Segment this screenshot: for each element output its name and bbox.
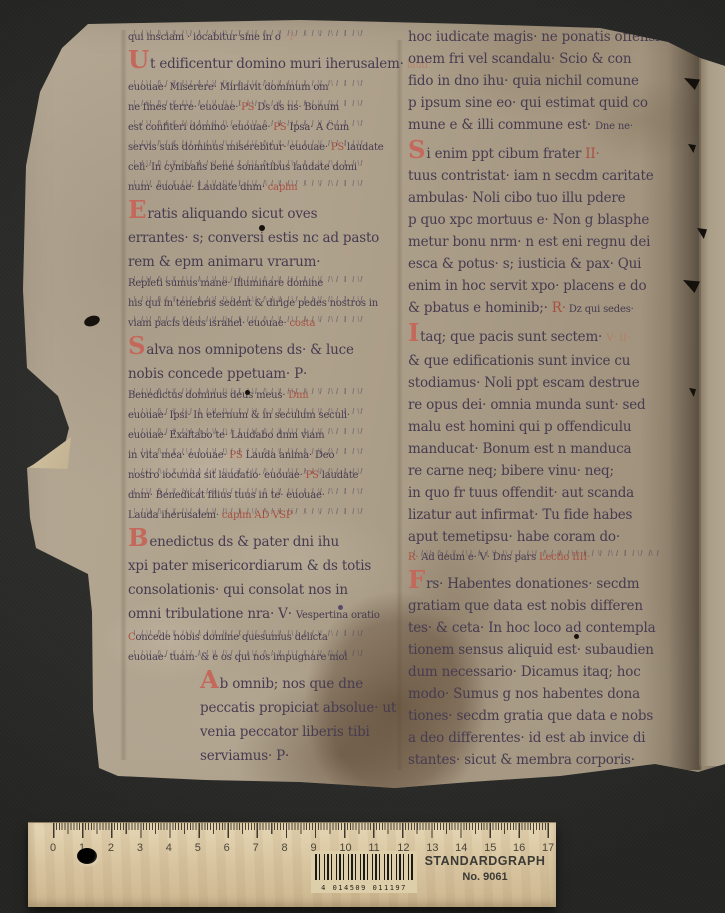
ink-text: euouae· tuam· & e os qui nos impugnare m… xyxy=(128,652,347,663)
left-text-column: qui insciam · iocabitur sine in o · l·Ut… xyxy=(128,28,400,768)
text-line: viam pacis deus israhel· euouae· costa xyxy=(128,314,400,334)
ruler-brand: STANDARDGRAPH xyxy=(420,854,550,868)
worm-hole xyxy=(76,683,83,690)
ink-text: rs· Habentes donationes· secdm xyxy=(426,576,639,592)
ruler-number: 4 xyxy=(166,842,172,854)
adjacent-page-edge xyxy=(699,56,725,766)
ink-text: stantes· sicut & membra corporis· xyxy=(408,752,635,768)
ink-text: servis suis dominus miserebitur· euouae· xyxy=(128,142,331,153)
ink-text: oncede nobis domine quesumus delicta xyxy=(135,632,327,643)
text-line: aput temetipsu· habe coram do· xyxy=(408,526,696,548)
text-line: gratiam que data est nobis differen xyxy=(408,595,696,617)
ink-text: Benedictus dominus deus meus· xyxy=(128,390,288,401)
ink-text: fido in dno ihu· quia nichil comune xyxy=(408,73,639,89)
rubric-text: PS xyxy=(229,450,242,461)
ruler-number: 7 xyxy=(253,842,259,854)
ink-text: venia peccator liberis tibi xyxy=(200,724,370,740)
ink-text: p quo xpc mortuus e· Non g blasphe xyxy=(408,212,649,228)
text-line: omni tribulatione nra· V· Vespertina ora… xyxy=(128,602,400,628)
text-line: Salva nos omnipotens ds· & luce xyxy=(128,334,400,362)
manuscript-page: qui insciam · iocabitur sine in o · l·Ut… xyxy=(0,0,725,913)
text-line: peccatis propiciat absolue· ut xyxy=(200,696,400,720)
ink-text: laudate xyxy=(344,142,383,153)
text-line: in vita mea· euouae· PS Lauda anima· Deo xyxy=(128,446,400,466)
ink-text: malu est homini qui p offendiculu xyxy=(408,419,631,435)
text-line: stantes· sicut & membra corporis· xyxy=(408,749,696,771)
rubric-initial: F xyxy=(408,565,425,594)
ink-text: rem & epm animaru vrarum· xyxy=(128,254,320,270)
ink-text: a deo differentes· id est ab invice di xyxy=(408,730,645,746)
rubric-initial: I xyxy=(408,318,419,347)
ruler-label: STANDARDGRAPH No. 9061 xyxy=(420,854,550,883)
ink-text: re carne neq; bibere vinu· neq; xyxy=(408,463,614,479)
ink-text: Ds ds ns· Bonum xyxy=(254,102,339,113)
ink-text: i enim ppt cibum frater xyxy=(426,146,585,162)
text-line: onem fri vel scandalu· Scio & con xyxy=(408,48,696,70)
rubric-text: Dmi xyxy=(288,390,308,401)
text-line: Ab omnib; nos que dne xyxy=(200,668,400,696)
text-line: R· Ad deum e· V· Dns pars Lectio IIII· xyxy=(408,548,696,568)
torn-edge-flap xyxy=(29,437,71,469)
rubric-initial: A xyxy=(200,665,219,694)
text-line: fido in dno ihu· quia nichil comune xyxy=(408,70,696,92)
text-line: servis suis dominus miserebitur· euouae·… xyxy=(128,138,400,158)
ruler-number: 17 xyxy=(542,842,554,854)
ink-text: tiones· secdm gratia que data e nobs xyxy=(408,708,653,724)
ruler-model: No. 9061 xyxy=(420,871,550,883)
text-line: venia peccator liberis tibi xyxy=(200,720,400,744)
ink-text: in quo fr tuus offendit· aut scanda xyxy=(408,485,634,501)
text-line: euouae· Miserere· Mirilavit dominum om xyxy=(128,78,400,98)
worm-hole xyxy=(574,634,579,639)
ink-text: xpi pater misericordiarum & ds totis xyxy=(128,558,371,574)
ink-text: Ipsa· A Cum xyxy=(286,122,349,133)
text-line: mune e & illi commune est· Dne ne· xyxy=(408,114,696,138)
ink-text: Dz qui sedes· xyxy=(566,304,634,315)
ink-text: num· euouae· Laudate dnm· xyxy=(128,182,268,193)
ink-text: serviamus· P· xyxy=(200,748,289,764)
ruler-number: 6 xyxy=(224,842,230,854)
ink-text: Repleti sumus mane· Illuminare domine xyxy=(128,278,323,289)
text-line: euouae· tuam· & e os qui nos impugnare m… xyxy=(128,648,400,668)
ruler-number: 14 xyxy=(455,842,467,854)
text-line: rem & epm animaru vrarum· xyxy=(128,250,400,274)
ruler-hole xyxy=(77,848,97,864)
ruler-scale xyxy=(53,823,549,840)
rubric-text: caplm AD VSP xyxy=(222,510,293,521)
ink-text: lizatur aut infirmat· Tu fide habes xyxy=(408,507,632,523)
ink-text: in vita mea· euouae· xyxy=(128,450,229,461)
ink-text: consolationis· qui consolat nos in xyxy=(128,582,348,598)
rubric-initial: U xyxy=(128,45,149,74)
ink-text: errantes· s; conversi estis nc ad pasto xyxy=(128,230,379,246)
text-line: tuus contristat· iam n secdm caritate xyxy=(408,165,696,187)
rubric-initial: B xyxy=(128,523,148,552)
ruler-number: 2 xyxy=(108,842,114,854)
text-line: celi· In cymbalis bene sonantibus laudat… xyxy=(128,158,400,178)
ink-text: omni tribulatione nra· V· xyxy=(128,606,296,622)
barcode: 4 014509 011197 xyxy=(311,851,417,893)
ink-text: ambulas· Noli cibo tuo illu pdere xyxy=(408,190,625,206)
ink-text: ne fines terre· euouae· xyxy=(128,102,241,113)
text-line: Si enim ppt cibum frater II· xyxy=(408,138,696,165)
rubric-initial: S xyxy=(128,331,145,360)
text-line: p quo xpc mortuus e· Non g blasphe xyxy=(408,209,696,231)
ink-text: Ad deum e· V· Dns pars xyxy=(418,552,539,563)
ink-text: tionem sensus aliquid est· subaudien xyxy=(408,642,654,658)
text-line: ambulas· Noli cibo tuo illu pdere xyxy=(408,187,696,209)
ink-text: alva nos omnipotens ds· & luce xyxy=(146,342,353,358)
worm-hole xyxy=(259,225,265,231)
ruler-number: 15 xyxy=(484,842,496,854)
ink-text: laudate xyxy=(319,470,358,481)
ink-text: nobis concede ppetuam· P· xyxy=(128,366,307,382)
ink-text: ratis aliquando sicut oves xyxy=(147,206,317,222)
ink-text: esca & potus· s; iusticia & pax· Qui xyxy=(408,256,641,272)
ruler-number: 5 xyxy=(195,842,201,854)
rubric-text: caplm xyxy=(268,182,298,193)
ruler-number: 8 xyxy=(282,842,288,854)
text-line: enim in hoc servit xpo· placens e do xyxy=(408,275,696,297)
text-line: consolationis· qui consolat nos in xyxy=(128,578,400,602)
text-line: & pbatus e hominib;· R· Dz qui sedes· xyxy=(408,297,696,321)
rubric-text: Lectio IIII· xyxy=(539,552,590,563)
text-line: serviamus· P· xyxy=(200,744,400,768)
rubric-text: PS xyxy=(273,122,286,133)
text-line: Benedictus ds & pater dni ihu xyxy=(128,526,400,554)
ink-text: nostro iocunda sit laudatio· euouae· xyxy=(128,470,306,481)
ink-text: b omnib; nos que dne xyxy=(220,676,363,692)
rubric-text: R· xyxy=(408,552,418,563)
ink-text: & pbatus e hominib;· xyxy=(408,300,552,316)
text-line: Benedictus dominus deus meus· Dmi xyxy=(128,386,400,406)
rubric-text: R· xyxy=(552,300,566,316)
text-line: his qui in tenebris sedent & dirige pede… xyxy=(128,294,400,314)
text-line: num· euouae· Laudate dnm· caplm xyxy=(128,178,400,198)
text-line: metur bonu nrm· n est eni regnu dei xyxy=(408,231,696,253)
text-line: manducat· Bonum est n manduca xyxy=(408,438,696,460)
ink-text: manducat· Bonum est n manduca xyxy=(408,441,631,457)
text-line: re opus dei· omnia munda sunt· sed xyxy=(408,394,696,416)
ink-text: gratiam que data est nobis differen xyxy=(408,598,643,614)
barcode-digits: 4 014509 011197 xyxy=(311,884,417,892)
ink-text: Dne ne· xyxy=(595,121,633,132)
ink-text: euouae· Exaltabo te· Laudabo dnm viam xyxy=(128,430,324,441)
ink-text: peccatis propiciat absolue· ut xyxy=(200,700,396,716)
ink-text: tes· & ceta· In hoc loco ad contempla xyxy=(408,620,655,636)
ink-text: qui insciam · iocabitur sine in o xyxy=(128,32,281,43)
text-line: & que edificationis sunt invice cu xyxy=(408,350,696,372)
ink-text: euouae· Ipsi· In eternum & in seculum se… xyxy=(128,410,350,421)
text-line: p ipsum sine eo· qui estimat quid co xyxy=(408,92,696,114)
text-line: re carne neq; bibere vinu· neq; xyxy=(408,460,696,482)
ruler: 01234567891011121314151617 4 014509 0111… xyxy=(28,822,556,907)
ink-text: Vespertina oratio xyxy=(296,610,380,621)
ruler-number: 16 xyxy=(513,842,525,854)
ink-text: est confiteri domino· euouae· xyxy=(128,122,273,133)
right-text-column: hoc iudicate magis· ne ponatis offension… xyxy=(408,26,696,771)
rubric-text: PS xyxy=(331,142,344,153)
ink-text: dum necessario· Dicamus itaq; hoc xyxy=(408,664,641,680)
ink-text: Lauda iherusalem· xyxy=(128,510,222,521)
ink-text: his qui in tenebris sedent & dirige pede… xyxy=(128,298,378,309)
rubric-text: V· II· xyxy=(606,333,629,344)
ink-text: Lauda anima· Deo xyxy=(243,450,335,461)
rubric-text: · l· xyxy=(281,32,296,43)
rubric-text: PS xyxy=(306,470,319,481)
ink-text: celi· In cymbalis bene sonantibus laudat… xyxy=(128,162,357,173)
text-line: stodiamus· Noli ppt escam destrue xyxy=(408,372,696,394)
text-line: euouae· Ipsi· In eternum & in seculum se… xyxy=(128,406,400,426)
barcode-bars xyxy=(315,854,413,880)
text-line: ne fines terre· euouae· PS Ds ds ns· Bon… xyxy=(128,98,400,118)
rubric-text: PS xyxy=(241,102,254,113)
ruler-number: 3 xyxy=(137,842,143,854)
text-line: Concede nobis domine quesumus delicta xyxy=(128,628,400,648)
ink-text: enim in hoc servit xpo· placens e do xyxy=(408,278,646,294)
text-line: Eratis aliquando sicut oves xyxy=(128,198,400,226)
text-line: a deo differentes· id est ab invice di xyxy=(408,727,696,749)
text-line: Frs· Habentes donationes· secdm xyxy=(408,568,696,595)
text-line: tes· & ceta· In hoc loco ad contempla xyxy=(408,617,696,639)
ink-text: re opus dei· omnia munda sunt· sed xyxy=(408,397,646,413)
ink-text: stodiamus· Noli ppt escam destrue xyxy=(408,375,640,391)
ruler-number: 0 xyxy=(50,842,56,854)
text-line: modo· Sumus g nos habentes dona xyxy=(408,683,696,705)
vertical-crease xyxy=(120,30,127,760)
worm-hole xyxy=(245,390,250,395)
ink-text: p ipsum sine eo· qui estimat quid co xyxy=(408,95,648,111)
ink-text: enedictus ds & pater dni ihu xyxy=(149,534,339,550)
ink-text: taq; que pacis sunt sectem· xyxy=(420,329,606,345)
ink-text: & que edificationis sunt invice cu xyxy=(408,353,630,369)
text-line: Repleti sumus mane· Illuminare domine xyxy=(128,274,400,294)
text-line: xpi pater misericordiarum & ds totis xyxy=(128,554,400,578)
text-line: qui insciam · iocabitur sine in o · l· xyxy=(128,28,400,48)
ink-text: modo· Sumus g nos habentes dona xyxy=(408,686,640,702)
ink-text: tuus contristat· iam n secdm caritate xyxy=(408,168,654,184)
rubric-initial: S xyxy=(408,135,425,164)
text-line: Ut edificentur domino muri iherusalem· l… xyxy=(128,48,400,78)
ink-text: euouae· Miserere· Mirilavit dominum om xyxy=(128,82,328,93)
text-line: euouae· Exaltabo te· Laudabo dnm viam xyxy=(128,426,400,446)
text-line: Lauda iherusalem· caplm AD VSP xyxy=(128,506,400,526)
ruler-number: 13 xyxy=(426,842,438,854)
text-line: in quo fr tuus offendit· aut scanda xyxy=(408,482,696,504)
ink-text: hoc iudicate magis· ne ponatis offensi xyxy=(408,29,659,45)
text-line: malu est homini qui p offendiculu xyxy=(408,416,696,438)
text-line: dum necessario· Dicamus itaq; hoc xyxy=(408,661,696,683)
ink-text: viam pacis deus israhel· euouae· xyxy=(128,318,289,329)
text-line: nobis concede ppetuam· P· xyxy=(128,362,400,386)
ink-text: t edificentur domino muri iherusalem· xyxy=(150,56,404,72)
ink-text: dnm· Benedicat filius tuus in te· euouae… xyxy=(128,490,325,501)
photograph-frame: qui insciam · iocabitur sine in o · l·Ut… xyxy=(0,0,725,913)
text-line: esca & potus· s; iusticia & pax· Qui xyxy=(408,253,696,275)
text-line: est confiteri domino· euouae· PS Ipsa· A… xyxy=(128,118,400,138)
ink-blot xyxy=(83,314,101,328)
text-line: dnm· Benedicat filius tuus in te· euouae… xyxy=(128,486,400,506)
text-line: nostro iocunda sit laudatio· euouae· PS … xyxy=(128,466,400,486)
text-line: hoc iudicate magis· ne ponatis offensi xyxy=(408,26,696,48)
ink-text: aput temetipsu· habe coram do· xyxy=(408,529,620,545)
text-line: lizatur aut infirmat· Tu fide habes xyxy=(408,504,696,526)
rubric-initial: E xyxy=(128,195,146,224)
ink-text: metur bonu nrm· n est eni regnu dei xyxy=(408,234,650,250)
rubric-text: costa xyxy=(289,318,315,329)
ink-text: mune e & illi commune est· xyxy=(408,117,595,133)
ink-text: onem fri vel scandalu· Scio & con xyxy=(408,51,631,67)
rubric-text: II· xyxy=(585,146,599,162)
text-line: tionem sensus aliquid est· subaudien xyxy=(408,639,696,661)
text-line: tiones· secdm gratia que data e nobs xyxy=(408,705,696,727)
worm-hole xyxy=(338,605,343,610)
text-line: Itaq; que pacis sunt sectem· V· II· xyxy=(408,321,696,350)
